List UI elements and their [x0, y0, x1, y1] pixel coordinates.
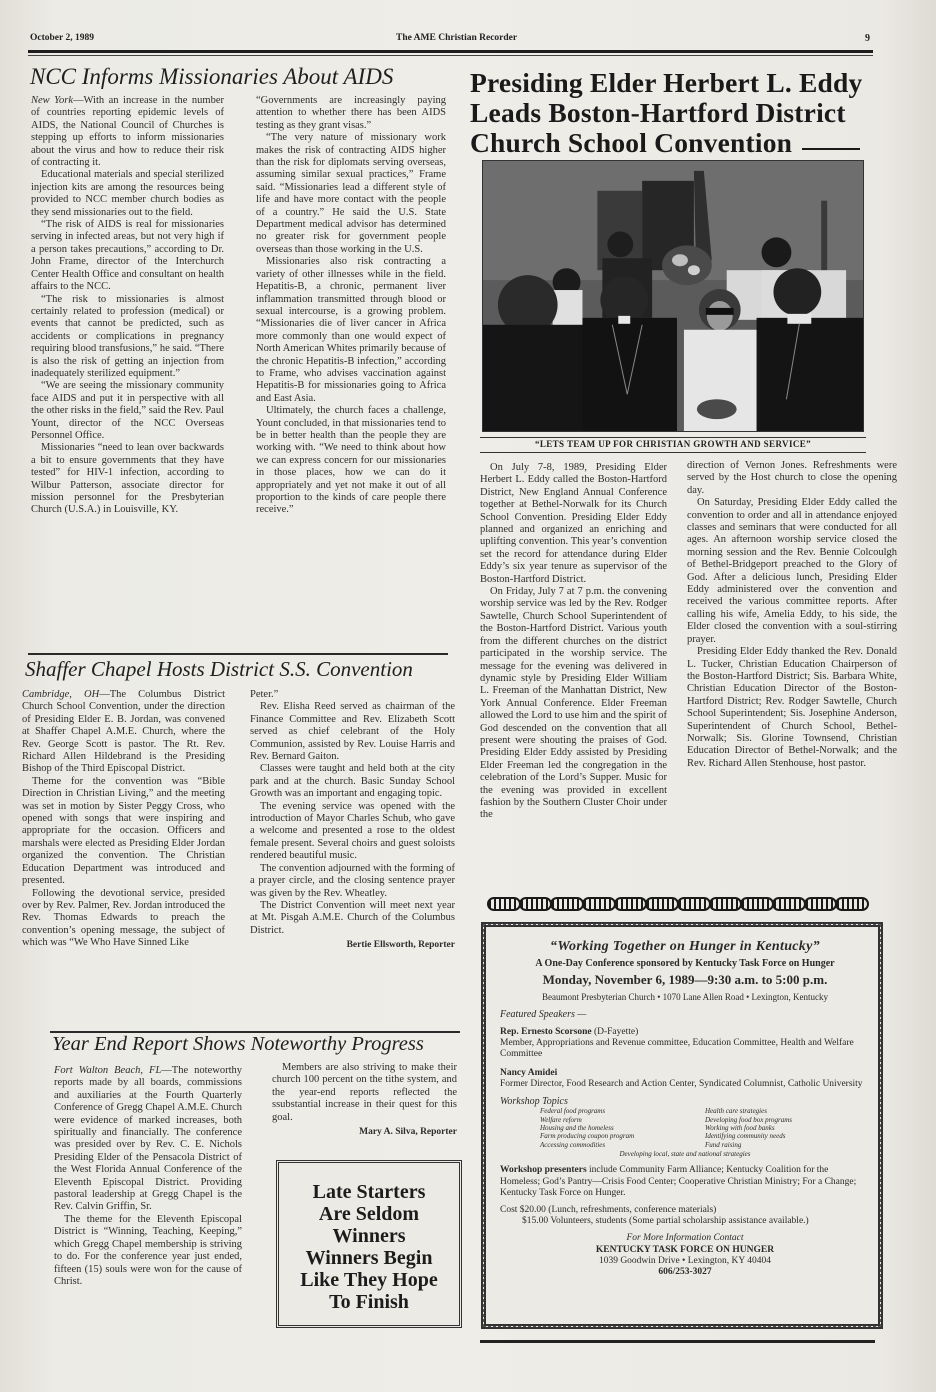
ncc-para: “The risk to missionaries is almost cert… [31, 294, 224, 381]
yearend-para: Fort Walton Beach, FL—The noteworthy rep… [54, 1065, 242, 1214]
ncc-para: Ultimately, the church faces a challenge… [256, 405, 446, 517]
ad-speaker-desc: Member, Appropriations and Revenue commi… [500, 1038, 870, 1060]
shaffer-byline: Bertie Ellsworth, Reporter [250, 939, 455, 951]
ad-workshop-label: Workshop Topics [500, 1096, 870, 1107]
headline-trail-rule [802, 148, 860, 150]
yearend-headline: Year End Report Shows Noteworthy Progres… [52, 1033, 424, 1056]
yearend-para: Members are also striving to make their … [272, 1062, 457, 1124]
ad-speaker: Rep. Ernesto Scorsone (D-Fayette) [500, 1027, 870, 1038]
eddy-column-1: On July 7-8, 1989, Presiding Elder Herbe… [480, 462, 667, 822]
shaffer-para: The convention adjourned with the formin… [250, 863, 455, 900]
shaffer-para: Peter.” [250, 689, 455, 701]
hunger-conference-ad: “Working Together on Hunger in Kentucky”… [481, 922, 883, 1329]
shaffer-para: The evening service was opened with the … [250, 801, 455, 863]
eddy-para: direction of Vernon Jones. Refreshments … [687, 460, 897, 497]
caption-rule [480, 437, 866, 438]
convention-photo [482, 160, 864, 432]
publication-name: The AME Christian Recorder [396, 33, 517, 43]
eddy-headline: Presiding Elder Herbert L. Eddy Leads Bo… [470, 68, 880, 158]
masthead-rule [28, 50, 873, 53]
newspaper-page: October 2, 1989 The AME Christian Record… [0, 0, 936, 1392]
quote-text: Late Starters Are Seldom Winners Winners… [279, 1181, 459, 1313]
eddy-para: On Friday, July 7 at 7 p.m. the convenin… [480, 586, 667, 822]
ncc-para: Missionaries also risk contracting a var… [256, 256, 446, 405]
ad-contact-org: KENTUCKY TASK FORCE ON HUNGER [500, 1245, 870, 1256]
ad-contact: For More Information Contact KENTUCKY TA… [500, 1233, 870, 1278]
shaffer-para: Rev. Elisha Reed served as chairman of t… [250, 701, 455, 763]
ad-featured-label: Featured Speakers — [500, 1009, 870, 1020]
ad-cost: Cost $20.00 (Lunch, refreshments, confer… [500, 1205, 870, 1216]
ad-contact-address: 1039 Goodwin Drive • Lexington, KY 40404 [500, 1256, 870, 1267]
eddy-para: Presiding Elder Eddy thanked the Rev. Do… [687, 646, 897, 770]
eddy-column-2: direction of Vernon Jones. Refreshments … [687, 460, 897, 770]
ad-workshop-topics: Federal food programs Welfare reform Hou… [500, 1107, 870, 1149]
yearend-para: The theme for the Eleventh Episcopal Dis… [54, 1214, 242, 1288]
ad-date-time: Monday, November 6, 1989—9:30 a.m. to 5:… [500, 974, 870, 985]
ad-location: Beaumont Presbyterian Church • 1070 Lane… [500, 992, 870, 1003]
ncc-headline: NCC Informs Missionaries About AIDS [30, 64, 393, 90]
shaffer-column-2: Peter.” Rev. Elisha Reed served as chair… [250, 689, 455, 952]
ncc-para: “We are seeing the missionary community … [31, 380, 224, 442]
ncc-column-2: “Governments are increasingly paying att… [256, 95, 446, 517]
ncc-para: New York—With an increase in the number … [31, 95, 224, 169]
shaffer-headline: Shaffer Chapel Hosts District S.S. Conve… [25, 657, 413, 682]
eddy-para: On Saturday, Presiding Elder Eddy called… [687, 497, 897, 646]
ad-subtitle: A One-Day Conference sponsored by Kentuc… [500, 958, 870, 969]
caption-rule [480, 452, 866, 453]
masthead-rule-thin [28, 55, 873, 56]
photo-caption: “LETS TEAM UP FOR CHRISTIAN GROWTH AND S… [480, 439, 866, 449]
page-number: 9 [865, 33, 870, 44]
quote-box: Late Starters Are Seldom Winners Winners… [276, 1160, 462, 1328]
yearend-column-1: Fort Walton Beach, FL—The noteworthy rep… [54, 1065, 242, 1288]
decorative-chain-border [487, 897, 867, 911]
ncc-para: Missionaries “need to lean over backward… [31, 442, 224, 516]
eddy-para: On July 7-8, 1989, Presiding Elder Herbe… [480, 462, 667, 586]
ad-presenters: Workshop presenters include Community Fa… [500, 1165, 870, 1199]
shaffer-para: Classes were taught and held both at the… [250, 763, 455, 800]
shaffer-para: The District Convention will meet next y… [250, 900, 455, 937]
issue-date: October 2, 1989 [30, 33, 94, 43]
ad-speaker-desc: Former Director, Food Research and Actio… [500, 1079, 870, 1090]
shaffer-column-1: Cambridge, OH—The Columbus District Chur… [22, 689, 225, 950]
photo-image-icon [483, 161, 863, 431]
ad-title: “Working Together on Hunger in Kentucky” [500, 941, 870, 952]
yearend-column-2: Members are also striving to make their … [272, 1062, 457, 1138]
ad-contact-phone: 606/253-3027 [500, 1267, 870, 1278]
ad-speaker: Nancy Amidei [500, 1068, 870, 1079]
ncc-para: “The risk of AIDS is real for missionari… [31, 219, 224, 293]
ncc-para: “The very nature of missionary work make… [256, 132, 446, 256]
page-bottom-rule [480, 1340, 875, 1343]
shaffer-para: Following the devotional service, presid… [22, 888, 225, 950]
ad-cost: $15.00 Volunteers, students (Some partia… [500, 1216, 870, 1227]
ncc-para: Educational materials and special steril… [31, 169, 224, 219]
shaffer-para: Cambridge, OH—The Columbus District Chur… [22, 689, 225, 776]
yearend-byline: Mary A. Silva, Reporter [272, 1126, 457, 1138]
ncc-para: “Governments are increasingly paying att… [256, 95, 446, 132]
shaffer-para: Theme for the convention was “Bible Dire… [22, 776, 225, 888]
ncc-column-1: New York—With an increase in the number … [31, 95, 224, 517]
section-divider [28, 653, 448, 655]
